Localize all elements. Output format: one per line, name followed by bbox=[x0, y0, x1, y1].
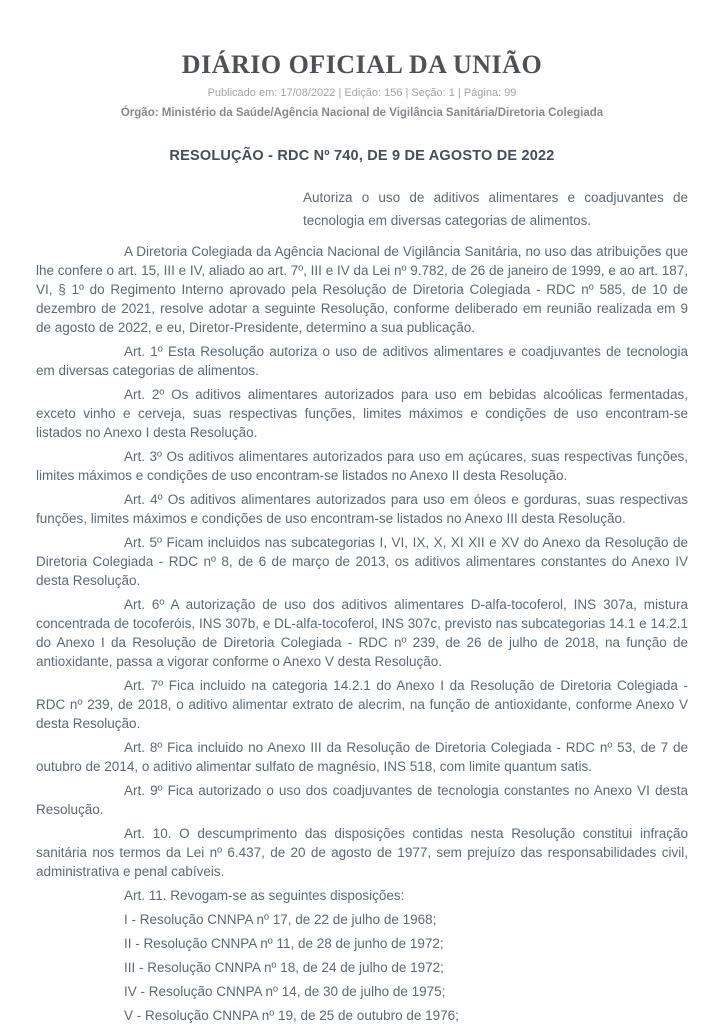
paragraph: Art. 6º A autorização de uso dos aditivo… bbox=[36, 595, 688, 671]
resolution-summary: Autoriza o uso de aditivos alimentares e… bbox=[303, 186, 688, 232]
revocation-item: I - Resolução CNNPA nº 17, de 22 de julh… bbox=[36, 910, 688, 929]
masthead: DIÁRIO OFICIAL DA UNIÃO Publicado em: 17… bbox=[36, 50, 688, 120]
revocation-item: III - Resolução CNNPA nº 18, de 24 de ju… bbox=[36, 958, 688, 977]
paragraph: Art. 8º Fica incluido no Anexo III da Re… bbox=[36, 738, 688, 776]
paragraph: Art. 4º Os aditivos alimentares autoriza… bbox=[36, 490, 688, 528]
paragraph: A Diretoria Colegiada da Agência Naciona… bbox=[36, 242, 688, 337]
revocation-item: II - Resolução CNNPA nº 11, de 28 de jun… bbox=[36, 934, 688, 953]
resolution-title: RESOLUÇÃO - RDC Nº 740, DE 9 DE AGOSTO D… bbox=[36, 148, 688, 165]
paragraph: Art. 10. O descumprimento das disposiçõe… bbox=[36, 824, 688, 881]
paragraph: Art. 1º Esta Resolução autoriza o uso de… bbox=[36, 342, 688, 380]
paragraph: Art. 2º Os aditivos alimentares autoriza… bbox=[36, 385, 688, 442]
masthead-title: DIÁRIO OFICIAL DA UNIÃO bbox=[36, 50, 688, 80]
organ-info: Órgão: Ministério da Saúde/Agência Nacio… bbox=[36, 106, 688, 120]
paragraph: Art. 3º Os aditivos alimentares autoriza… bbox=[36, 447, 688, 485]
revocation-item: IV - Resolução CNNPA nº 14, de 30 de jul… bbox=[36, 982, 688, 1001]
revocation-item: V - Resolução CNNPA nº 19, de 25 de outu… bbox=[36, 1006, 688, 1024]
paragraph: Art. 11. Revogam-se as seguintes disposi… bbox=[36, 886, 688, 905]
document-page: DIÁRIO OFICIAL DA UNIÃO Publicado em: 17… bbox=[0, 0, 724, 1024]
paragraph: Art. 5º Ficam incluidos nas subcategoria… bbox=[36, 533, 688, 590]
resolution-body: A Diretoria Colegiada da Agência Naciona… bbox=[36, 242, 688, 905]
paragraph: Art. 9º Fica autorizado o uso dos coadju… bbox=[36, 781, 688, 819]
revocation-list: I - Resolução CNNPA nº 17, de 22 de julh… bbox=[36, 910, 688, 1024]
paragraph: Art. 7º Fica incluido na categoria 14.2.… bbox=[36, 676, 688, 733]
publication-info: Publicado em: 17/08/2022 | Edição: 156 |… bbox=[36, 87, 688, 100]
